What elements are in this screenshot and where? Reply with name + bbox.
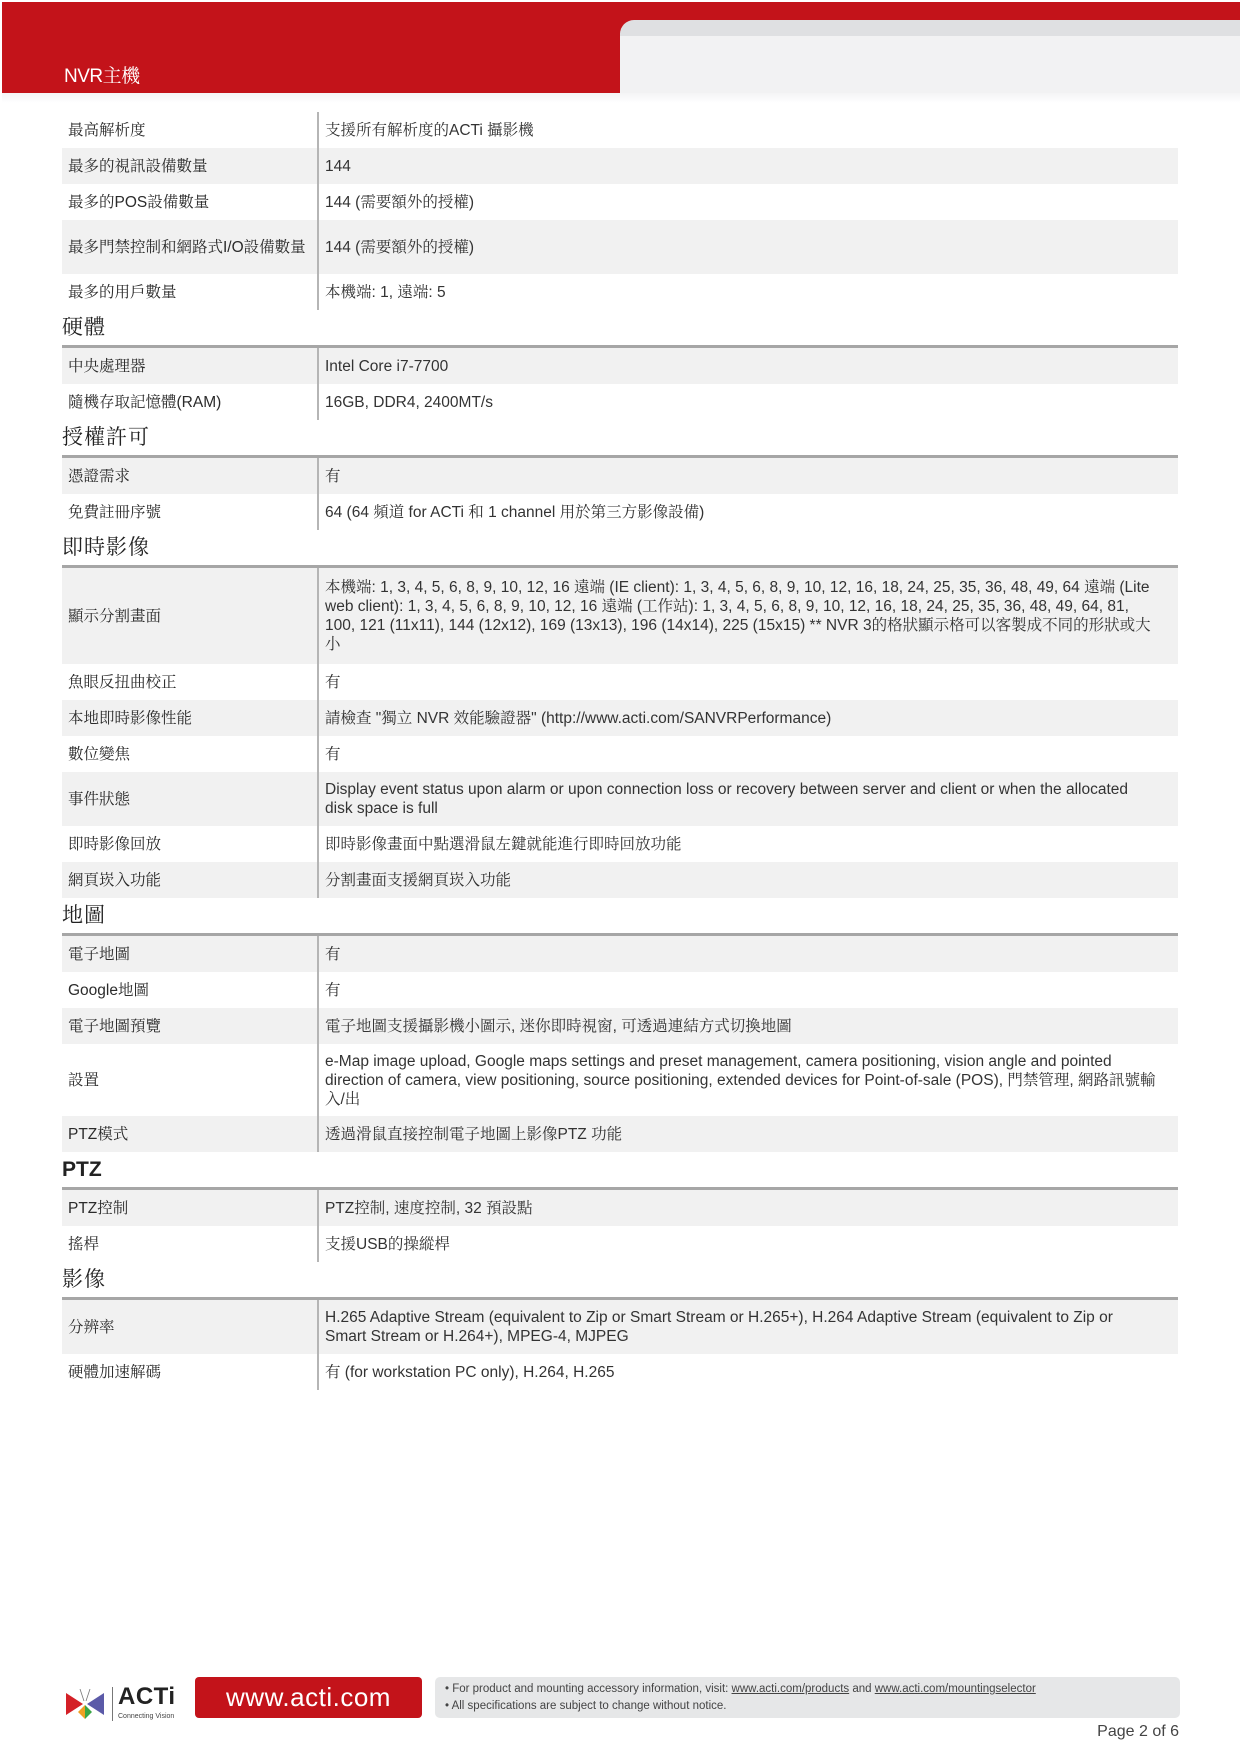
logo-separator	[112, 1687, 113, 1721]
spec-value: 144 (需要額外的授權)	[319, 184, 1178, 220]
table-row: 魚眼反扭曲校正 有	[62, 664, 1178, 700]
spec-value: 144 (需要額外的授權)	[319, 220, 1178, 274]
spec-value: 本機端: 1, 3, 4, 5, 6, 8, 9, 10, 12, 16 遠端 …	[319, 568, 1178, 664]
table-row: 電子地圖 有	[62, 936, 1178, 972]
spec-label: 免費註冊序號	[62, 494, 319, 530]
table-row: PTZ控制 PTZ控制, 速度控制, 32 預設點	[62, 1190, 1178, 1226]
table-row: 硬體加速解碼 有 (for workstation PC only), H.26…	[62, 1354, 1178, 1390]
section-title-live-view: 即時影像	[62, 530, 1178, 565]
header-tab-decoration	[620, 20, 1240, 94]
section-title-video: 影像	[62, 1262, 1178, 1297]
spec-label: 魚眼反扭曲校正	[62, 664, 319, 700]
logo-tagline: Connecting Vision	[118, 1713, 174, 1720]
table-row: 即時影像回放 即時影像畫面中點選滑鼠左鍵就能進行即時回放功能	[62, 826, 1178, 862]
spec-value: 有	[319, 972, 1178, 1008]
section-title-map: 地圖	[62, 898, 1178, 933]
spec-value: 支援USB的操縱桿	[319, 1226, 1178, 1262]
spec-value: 有	[319, 664, 1178, 700]
spec-label: 網頁崁入功能	[62, 862, 319, 898]
spec-value: e-Map image upload, Google maps settings…	[319, 1044, 1178, 1116]
table-row: 電子地圖預覽 電子地圖支援攝影機小圖示, 迷你即時視窗, 可透過連結方式切換地圖	[62, 1008, 1178, 1044]
spec-value: 有	[319, 936, 1178, 972]
table-row: 最多的POS設備數量 144 (需要額外的授權)	[62, 184, 1178, 220]
spec-label: 分辨率	[62, 1300, 319, 1354]
spec-label: PTZ模式	[62, 1116, 319, 1152]
spec-value: 144	[319, 148, 1178, 184]
spec-label: 隨機存取記憶體(RAM)	[62, 384, 319, 420]
spec-label: 搖桿	[62, 1226, 319, 1262]
spec-value: 有 (for workstation PC only), H.264, H.26…	[319, 1354, 1178, 1390]
website-button[interactable]: www.acti.com	[195, 1677, 422, 1718]
spec-label: 本地即時影像性能	[62, 700, 319, 736]
table-row: 設置 e-Map image upload, Google maps setti…	[62, 1044, 1178, 1116]
spec-value: 請檢查 "獨立 NVR 效能驗證器" (http://www.acti.com/…	[319, 700, 1178, 736]
table-row: 最高解析度 支援所有解析度的ACTi 攝影機	[62, 112, 1178, 148]
section-title-licensing: 授權許可	[62, 420, 1178, 455]
table-row: 最多的視訊設備數量 144	[62, 148, 1178, 184]
acti-logo: ACTi Connecting Vision	[66, 1683, 186, 1727]
spec-label: 憑證需求	[62, 458, 319, 494]
spec-value: PTZ控制, 速度控制, 32 預設點	[319, 1190, 1178, 1226]
table-row: 最多的用戶數量 本機端: 1, 遠端: 5	[62, 274, 1178, 310]
acti-butterfly-icon	[66, 1689, 104, 1719]
spec-value: 64 (64 頻道 for ACTi 和 1 channel 用於第三方影像設備…	[319, 494, 1178, 530]
spec-label: 最多的用戶數量	[62, 274, 319, 310]
products-link[interactable]: www.acti.com/products	[732, 1683, 850, 1695]
notice-prefix: • For product and mounting accessory inf…	[445, 1683, 732, 1695]
spec-value: 支援所有解析度的ACTi 攝影機	[319, 112, 1178, 148]
spec-label: 最多門禁控制和網路式I/O設備數量	[62, 220, 319, 274]
section-title-ptz: PTZ	[62, 1152, 1178, 1187]
spec-label: 最多的視訊設備數量	[62, 148, 319, 184]
mounting-selector-link[interactable]: www.acti.com/mountingselector	[875, 1683, 1036, 1695]
table-row: 憑證需求 有	[62, 458, 1178, 494]
spec-label: 硬體加速解碼	[62, 1354, 319, 1390]
footer-notice: • For product and mounting accessory inf…	[435, 1677, 1180, 1718]
spec-value: 透過滑鼠直接控制電子地圖上影像PTZ 功能	[319, 1116, 1178, 1152]
header-shadow	[2, 93, 1240, 103]
table-row: PTZ模式 透過滑鼠直接控制電子地圖上影像PTZ 功能	[62, 1116, 1178, 1152]
table-row: 數位變焦 有	[62, 736, 1178, 772]
spec-label: 中央處理器	[62, 348, 319, 384]
table-row: 免費註冊序號 64 (64 頻道 for ACTi 和 1 channel 用於…	[62, 494, 1178, 530]
table-row: 最多門禁控制和網路式I/O設備數量 144 (需要額外的授權)	[62, 220, 1178, 274]
intro-group: 最高解析度 支援所有解析度的ACTi 攝影機 最多的視訊設備數量 144 最多的…	[62, 112, 1178, 310]
table-row: 搖桿 支援USB的操縱桿	[62, 1226, 1178, 1262]
spec-label: PTZ控制	[62, 1190, 319, 1226]
spec-value: 即時影像畫面中點選滑鼠左鍵就能進行即時回放功能	[319, 826, 1178, 862]
spec-label: 顯示分割畫面	[62, 568, 319, 664]
table-row: 中央處理器 Intel Core i7-7700	[62, 348, 1178, 384]
spec-value: 分割畫面支援網頁崁入功能	[319, 862, 1178, 898]
page-number: Page 2 of 6	[1097, 1723, 1179, 1741]
notice-line-2: • All specifications are subject to chan…	[445, 1698, 1170, 1715]
spec-label: 最高解析度	[62, 112, 319, 148]
table-row: 分辨率 H.265 Adaptive Stream (equivalent to…	[62, 1300, 1178, 1354]
spec-value: H.265 Adaptive Stream (equivalent to Zip…	[319, 1300, 1178, 1354]
section-title-hardware: 硬體	[62, 310, 1178, 345]
spec-value: 本機端: 1, 遠端: 5	[319, 274, 1178, 310]
spec-value: Display event status upon alarm or upon …	[319, 772, 1178, 826]
logo-wordmark: ACTi	[118, 1683, 176, 1711]
spec-label: 數位變焦	[62, 736, 319, 772]
table-row: 網頁崁入功能 分割畫面支援網頁崁入功能	[62, 862, 1178, 898]
spec-value: 16GB, DDR4, 2400MT/s	[319, 384, 1178, 420]
spec-label: 設置	[62, 1044, 319, 1116]
document-title: NVR主機	[64, 61, 140, 88]
table-row: 顯示分割畫面 本機端: 1, 3, 4, 5, 6, 8, 9, 10, 12,…	[62, 568, 1178, 664]
table-row: 本地即時影像性能 請檢查 "獨立 NVR 效能驗證器" (http://www.…	[62, 700, 1178, 736]
notice-line-1: • For product and mounting accessory inf…	[445, 1681, 1170, 1698]
spec-label: Google地圖	[62, 972, 319, 1008]
notice-and: and	[849, 1683, 875, 1695]
spec-label: 最多的POS設備數量	[62, 184, 319, 220]
spec-value: Intel Core i7-7700	[319, 348, 1178, 384]
spec-value: 有	[319, 736, 1178, 772]
spec-table: 最高解析度 支援所有解析度的ACTi 攝影機 最多的視訊設備數量 144 最多的…	[62, 112, 1178, 1390]
spec-value: 電子地圖支援攝影機小圖示, 迷你即時視窗, 可透過連結方式切換地圖	[319, 1008, 1178, 1044]
table-row: 隨機存取記憶體(RAM) 16GB, DDR4, 2400MT/s	[62, 384, 1178, 420]
spec-value: 有	[319, 458, 1178, 494]
spec-label: 電子地圖	[62, 936, 319, 972]
spec-label: 事件狀態	[62, 772, 319, 826]
table-row: 事件狀態 Display event status upon alarm or …	[62, 772, 1178, 826]
spec-label: 即時影像回放	[62, 826, 319, 862]
spec-label: 電子地圖預覽	[62, 1008, 319, 1044]
table-row: Google地圖 有	[62, 972, 1178, 1008]
